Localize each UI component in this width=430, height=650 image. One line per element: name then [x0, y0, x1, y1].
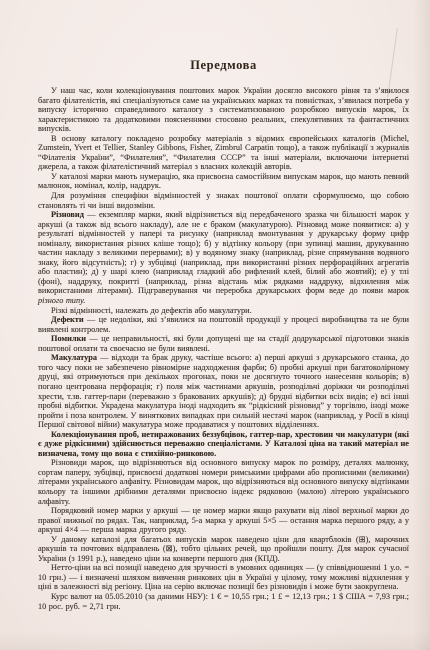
paragraph: У даному каталозі для багатьох випусків … — [38, 535, 409, 564]
paragraph-lead-term: Різновид — [51, 210, 84, 219]
paragraph-italic-tail: різного типу. — [38, 296, 85, 305]
paragraph: У каталозі марки мають нумерацію, яка пр… — [38, 172, 409, 191]
paragraph-lead-term: Дефекти — [51, 315, 84, 324]
paragraph: Макулатура — відходи та брак друку, част… — [38, 353, 409, 429]
page-title: Передмова — [38, 58, 409, 72]
paragraph: В основу каталогу покладено розробку мат… — [38, 134, 409, 172]
paragraph: Різновиди марок, що відрізняються від ос… — [38, 458, 409, 506]
paragraph: Порядковий номер марки у аркуші — це ном… — [38, 506, 409, 535]
paragraph: У наш час, коли колекціонування поштових… — [38, 86, 409, 134]
paragraph: Різкі відмінності, належать до дефектів … — [38, 306, 409, 316]
paragraph: Для розуміння специфіки відмінностей у з… — [38, 191, 409, 210]
page-content: Передмова У наш час, коли колекціонуванн… — [38, 58, 409, 611]
paragraph: Різновид — екземпляр марки, який відрізн… — [38, 210, 409, 305]
paragraph: Колекціонування проб, нетиражованих безз… — [38, 430, 409, 459]
page-body: У наш час, коли колекціонування поштових… — [38, 86, 409, 611]
paragraph: Нетто-ціни на всі позиції наведено для з… — [38, 563, 409, 592]
paragraph-lead-term: Помилки — [51, 334, 86, 343]
paragraph-lead-term: Макулатура — [51, 353, 97, 362]
paragraph: Помилки — це неправильності, які були до… — [38, 334, 409, 353]
paragraph: Дефекти — це недоліки, які з’явилися на … — [38, 315, 409, 334]
paragraph: Курс валют на 05.05.2010 (за даними НБУ)… — [38, 592, 409, 611]
